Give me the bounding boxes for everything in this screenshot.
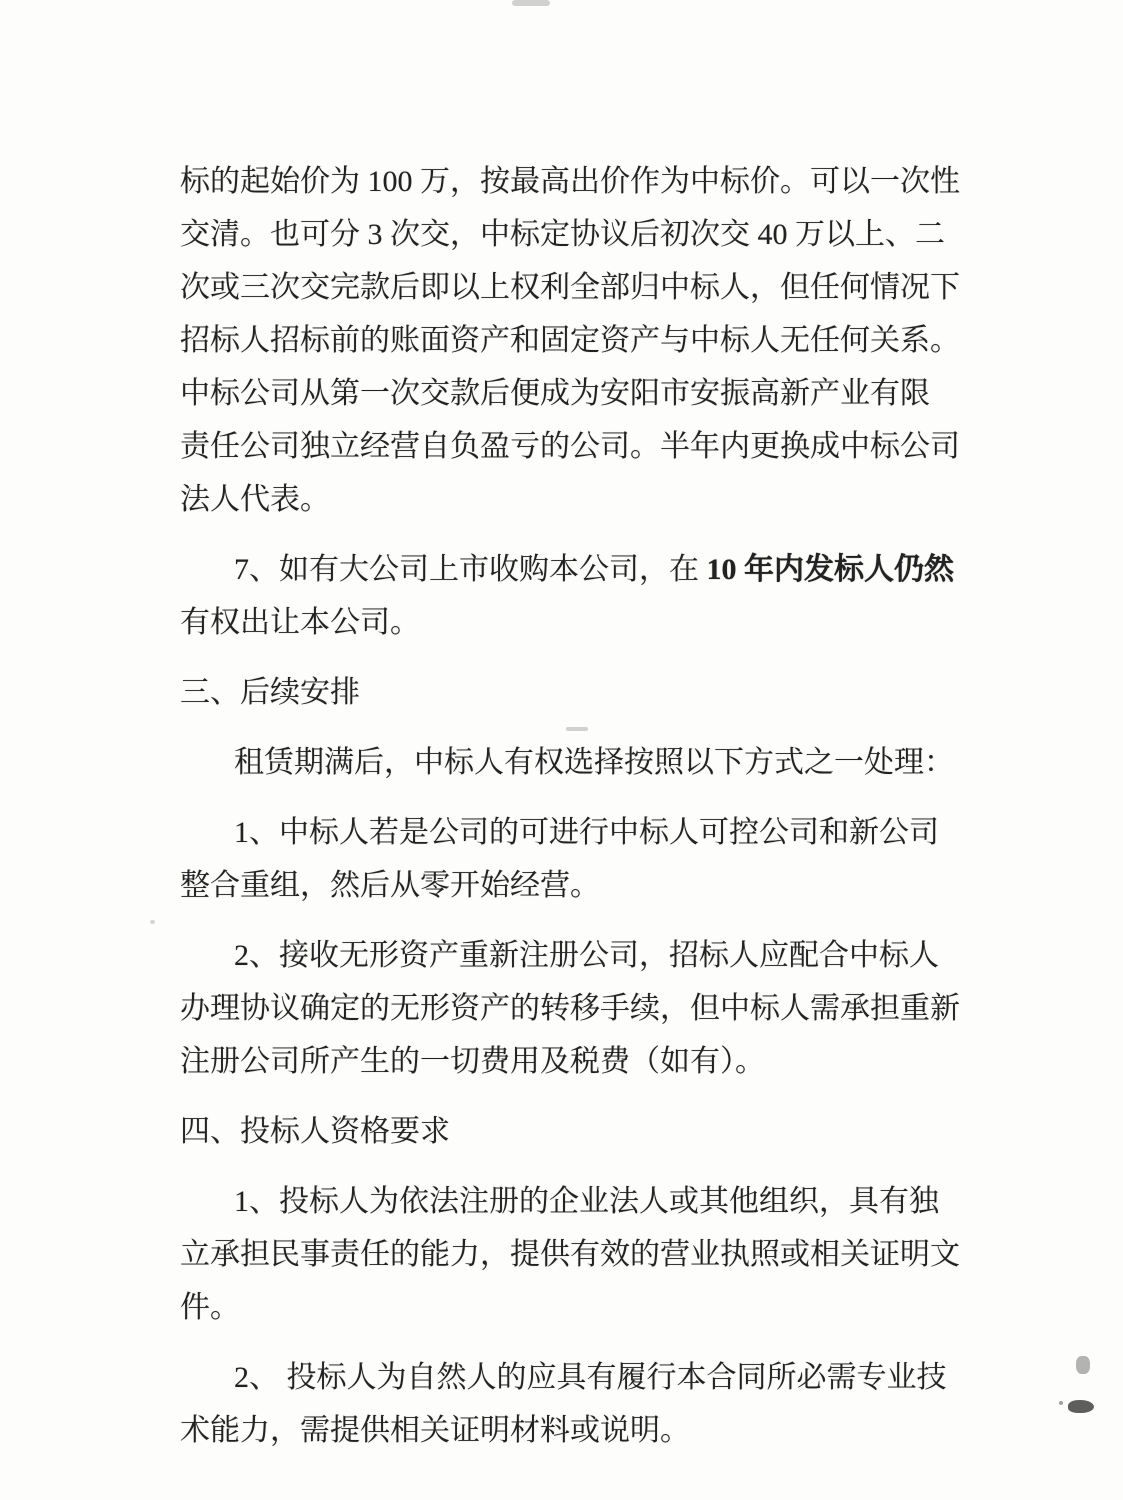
text-line: 办理协议确定的无形资产的转移手续，但中标人需承担重新: [180, 982, 970, 1035]
bold-text-run: 10 年内发标人仍然: [707, 553, 955, 586]
paragraph: 标的起始价为 100 万，按最高出价作为中标价。可以一次性交清。也可分 3 次交…: [180, 155, 970, 526]
text-line: 责任公司独立经营自负盈亏的公司。半年内更换成中标公司: [180, 420, 970, 473]
text-line: 四、投标人资格要求: [180, 1105, 970, 1158]
section-heading: 四、投标人资格要求: [180, 1105, 970, 1158]
text-line: 2、 投标人为自然人的应具有履行本合同所必需专业技: [180, 1351, 970, 1404]
text-line: 立承担民事责任的能力，提供有效的营业执照或相关证明文: [180, 1228, 970, 1281]
text-line: 2、接收无形资产重新注册公司，招标人应配合中标人: [180, 929, 970, 982]
paragraph: 2、接收无形资产重新注册公司，招标人应配合中标人办理协议确定的无形资产的转移手续…: [180, 929, 970, 1088]
text-line: 法人代表。: [180, 473, 970, 526]
text-line: 中标公司从第一次交款后便成为安阳市安振高新产业有限: [180, 367, 970, 420]
text-line: 7、如有大公司上市收购本公司，在 10 年内发标人仍然: [180, 543, 970, 596]
text-line: 交清。也可分 3 次交，中标定协议后初次交 40 万以上、二: [180, 208, 970, 261]
text-line: 整合重组，然后从零开始经营。: [180, 859, 970, 912]
text-line: 1、投标人为依法注册的企业法人或其他组织，具有独: [180, 1175, 970, 1228]
scanned-page: 标的起始价为 100 万，按最高出价作为中标价。可以一次性交清。也可分 3 次交…: [0, 0, 1123, 1500]
text-line: 注册公司所产生的一切费用及税费（如有）。: [180, 1035, 970, 1088]
document-body: 标的起始价为 100 万，按最高出价作为中标价。可以一次性交清。也可分 3 次交…: [180, 155, 970, 1474]
ink-speck-dot: [1059, 1401, 1063, 1405]
page-top-cropped-mark: [512, 0, 550, 6]
text-line: 件。: [180, 1281, 970, 1334]
text-line: 标的起始价为 100 万，按最高出价作为中标价。可以一次性: [180, 155, 970, 208]
text-line: 招标人招标前的账面资产和固定资产与中标人无任何关系。: [180, 314, 970, 367]
section-heading: 三、后续安排: [180, 666, 970, 719]
text-line: 租赁期满后，中标人有权选择按照以下方式之一处理：: [180, 736, 970, 789]
ink-smudge-dark: [1068, 1400, 1094, 1413]
paragraph: 租赁期满后，中标人有权选择按照以下方式之一处理：: [180, 736, 970, 789]
ink-speck-light: [1076, 1356, 1090, 1374]
scan-speck-small: [150, 920, 155, 924]
text-line: 三、后续安排: [180, 666, 970, 719]
text-run: 7、如有大公司上市收购本公司，在: [234, 553, 707, 586]
text-line: 有权出让本公司。: [180, 596, 970, 649]
paragraph: 1、投标人为依法注册的企业法人或其他组织，具有独立承担民事责任的能力，提供有效的…: [180, 1175, 970, 1334]
text-line: 术能力，需提供相关证明材料或说明。: [180, 1404, 970, 1457]
paragraph: 1、中标人若是公司的可进行中标人可控公司和新公司整合重组，然后从零开始经营。: [180, 806, 970, 912]
paragraph: 2、 投标人为自然人的应具有履行本合同所必需专业技术能力，需提供相关证明材料或说…: [180, 1351, 970, 1457]
paragraph: 7、如有大公司上市收购本公司，在 10 年内发标人仍然有权出让本公司。: [180, 543, 970, 649]
text-line: 次或三次交完款后即以上权利全部归中标人，但任何情况下: [180, 261, 970, 314]
text-line: 1、中标人若是公司的可进行中标人可控公司和新公司: [180, 806, 970, 859]
